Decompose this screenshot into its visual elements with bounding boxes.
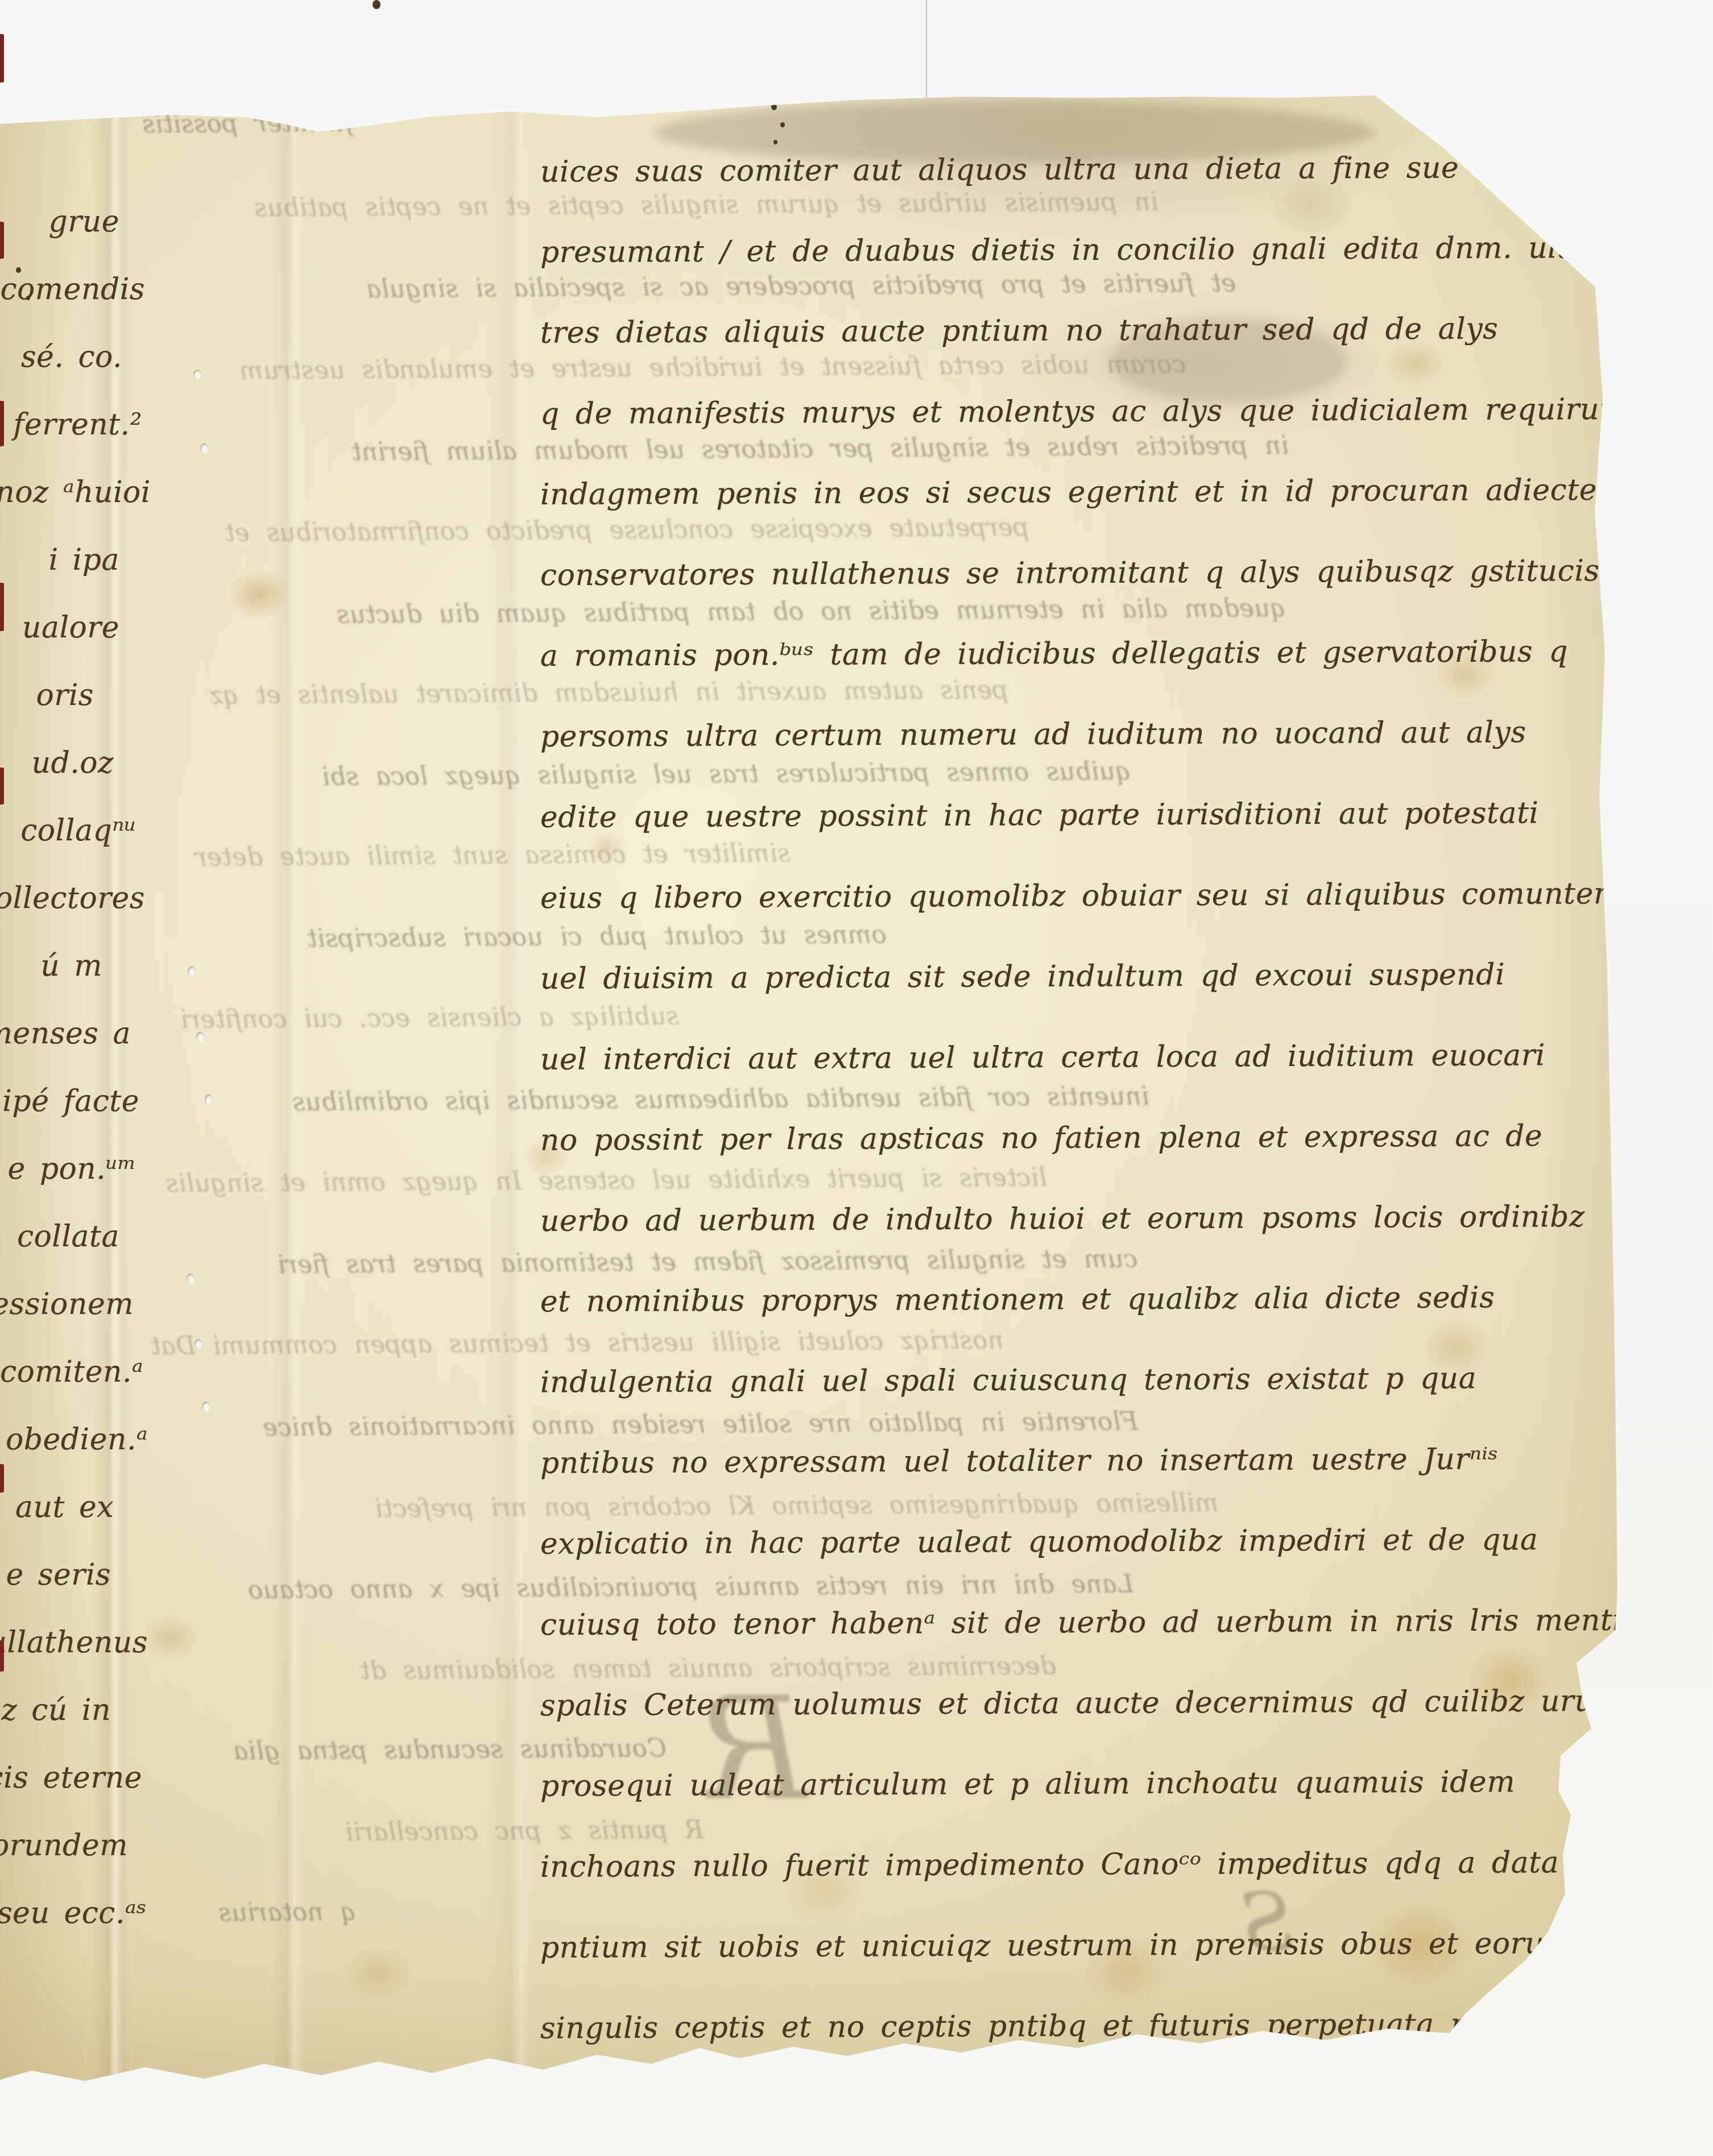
ink-speck [780, 122, 785, 127]
bleedthrough-text-line: licteris si puerit exhibite uel ostense … [165, 1163, 1047, 1199]
manuscript-text-line: q de manifestis murys et molentys ac aly… [540, 392, 1631, 431]
bleedthrough-text-line: omnes ut colunt pub ci uocari subscripsi… [307, 920, 887, 953]
left-page-fragment-line: collectores [0, 881, 145, 915]
manuscript-text-line: tres dietas aliquis aucte pntium no trah… [540, 312, 1499, 350]
left-page-fragment-line: ac obedien.ᵃ [0, 1423, 148, 1457]
bleedthrough-text-line: quibus omnes particulares tras uel singu… [322, 757, 1132, 791]
bleedthrough-text-line: coram uobis certa fuissent et iuridiche … [239, 350, 1186, 385]
left-page-fragment-line: oris [36, 678, 94, 712]
ink-speck [771, 103, 777, 110]
left-page-fragment-line: eorundem [0, 1829, 128, 1863]
left-page-fragment-line: e seris [6, 1558, 111, 1592]
left-page-fragment-line: collaqⁿᵘ [20, 814, 136, 848]
manuscript-text-line: uices suas comiter aut aliquos ultra una… [540, 150, 1695, 189]
manuscript-text-line: a romanis pon.ᵇᵘˢ tam de iudicibus delle… [540, 635, 1568, 673]
vertical-fold-crease [270, 0, 304, 2156]
scanner-hairline-artifact [926, 0, 927, 98]
bleedthrough-text-line: in predictis rebus et singulis per citat… [351, 431, 1289, 467]
left-page-fragment-column: gruecomendissé. co.ferrent.²noz ᵃhuioii … [0, 0, 154, 2156]
manuscript-text-line: edite que uestre possint in hac parte iu… [540, 796, 1539, 835]
worm-hole [193, 370, 201, 380]
worm-hole [200, 443, 208, 454]
bleedthrough-text-line: decernimus scriptoris annuis tamen solid… [360, 1652, 1056, 1686]
bleedthrough-text-line: R puntis z pnc cancellarii [345, 1815, 704, 1847]
ink-speck [373, 0, 380, 9]
left-page-fragment-line: qz cú in [0, 1693, 111, 1727]
bleedthrough-text-line: similiter et comissa sunt simili aucte d… [195, 839, 791, 872]
manuscript-text-line: indagmem penis in eos si secus egerint e… [540, 473, 1597, 512]
left-page-fragment-line: lucis eterne [0, 1761, 142, 1795]
worm-hole [188, 967, 196, 977]
bleedthrough-text-line: perpetuate excepisse conclusse predicto … [225, 513, 1029, 548]
left-page-fragment-line: essionem [0, 1287, 134, 1321]
stain [341, 1944, 415, 2001]
bleedthrough-text-line: nostriqz colueti sigilli uestris et teci… [151, 1326, 1004, 1361]
stain [1388, 341, 1445, 387]
left-page-fragment-line: comendis [0, 272, 145, 306]
manuscript-text-line: singulis ceptis et no ceptis pntibq et f… [540, 2007, 1533, 2046]
left-page-fragment-line: oi nullathenus [0, 1626, 148, 1660]
manuscript-text-line: uerbo ad uerbum de indulto huioi et eoru… [540, 1200, 1585, 1238]
bleedthrough-text-line: inuentis cor fidis uendita adhibeamus se… [292, 1082, 1149, 1117]
bleedthrough-text-line: q notarius [218, 1897, 357, 1927]
left-page-fragment-line: m seu ecc.ᵃˢ [0, 1896, 147, 1930]
manuscript-text-line: persoms ultra certum numeru ad iuditum n… [540, 715, 1526, 754]
ink-speck [773, 140, 777, 144]
manuscript-text-line: inchoans nullo fuerit impedimento Canoᶜᵒ… [540, 1846, 1559, 1884]
bleedthrough-text-line: Couradinus secundus pstna glia [233, 1734, 667, 1765]
left-page-fragment-line: collata [17, 1220, 119, 1254]
manuscript-text-line: explicatio in hac parte ualeat quomodoli… [540, 1523, 1538, 1561]
scanner-edge-artifact [0, 34, 4, 82]
manuscript-text-line: no possint per lras apsticas no fatien p… [540, 1119, 1543, 1158]
scanned-manuscript-page: firmiter possitisin puemisis uiribus et … [0, 0, 1713, 2156]
left-page-fragment-line: noz ᵃhuioi [0, 475, 151, 509]
left-page-fragment-line: i ipa [48, 543, 119, 577]
manuscript-text-line: uel diuisim a predicta sit sede indultum… [540, 957, 1505, 996]
left-page-fragment-line: sé. co. [21, 340, 122, 374]
manuscript-text-line: indulgentia gnali uel spali cuiuscunq te… [540, 1361, 1476, 1399]
left-page-fragment-line: menses a [0, 1017, 131, 1051]
bleedthrough-text-line: Florentie in pallatio nre solite residen… [263, 1407, 1138, 1442]
bleedthrough-text-line: in puemisis uiribus et qurum singulis ce… [254, 187, 1158, 222]
left-page-fragment-line: grue [49, 205, 119, 239]
left-page-fragment-line: s aut ex [0, 1490, 114, 1524]
left-page-fragment-line: ipé facte [2, 1084, 139, 1118]
bleedthrough-text-line: millesimo quadringesimo septimo Kl octob… [375, 1489, 1219, 1523]
manuscript-text-line: presumant / et de duabus dietis in conci… [540, 231, 1602, 269]
manuscript-text-line: pntibus no expressam uel totaliter no in… [540, 1442, 1499, 1480]
left-page-fragment-line: ú m [40, 949, 102, 983]
manuscript-text-line: conservatores nullathenus se intromitant… [540, 554, 1634, 592]
manuscript-paper-sheet: firmiter possitisin puemisis uiribus et … [0, 0, 1713, 2156]
left-page-fragment-line: ud.oz [31, 746, 114, 780]
bleedthrough-text-line: subtiliqz a cliensis ecc. cui confiteri [180, 1002, 679, 1034]
left-page-fragment-line: m comiten.ᵃ [0, 1355, 143, 1389]
bleedthrough-text-line: cum et singulis premissoz fidem et testi… [278, 1245, 1138, 1280]
left-page-fragment-line: ualore [22, 611, 119, 645]
manuscript-text-line: eius q libero exercitio quomolibz obuiar… [540, 877, 1608, 915]
manuscript-text-line: pntium sit uobis et unicuiqz uestrum in … [540, 1926, 1573, 1965]
manuscript-text-line: spalis Ceterum uolumus et dicta aucte de… [540, 1684, 1622, 1723]
worm-hole [187, 1274, 195, 1284]
left-page-fragment-line: e pon.ᵘᵐ [7, 1152, 136, 1186]
stain [227, 569, 290, 620]
bleedthrough-text-line: firmiter possitis [142, 109, 352, 139]
worm-hole [205, 1094, 213, 1105]
bleedthrough-text-line: quedam alia in eternum editis no ob tam … [337, 594, 1286, 629]
manuscript-text-line: et nominibus proprys mentionem et qualib… [540, 1280, 1495, 1319]
worm-hole [202, 1402, 210, 1412]
bleedthrough-text-line: et fueritis et pro predictis procedere a… [366, 269, 1236, 304]
left-page-fragment-line: ferrent.² [13, 408, 142, 442]
bleedthrough-text-line: Lane dni nri ein rectis annuis prouincia… [248, 1570, 1133, 1605]
bleedthrough-text-line: penis autem auxerit in huiusdam dimicare… [210, 675, 1008, 710]
manuscript-text-line: cuiusq toto tenor habenᵃ sit de uerbo ad… [540, 1603, 1641, 1642]
manuscript-text-line: prosequi ualeat articulum et p alium inc… [540, 1765, 1515, 1803]
manuscript-text-line: uel interdici aut extra uel ultra certa … [540, 1038, 1545, 1077]
